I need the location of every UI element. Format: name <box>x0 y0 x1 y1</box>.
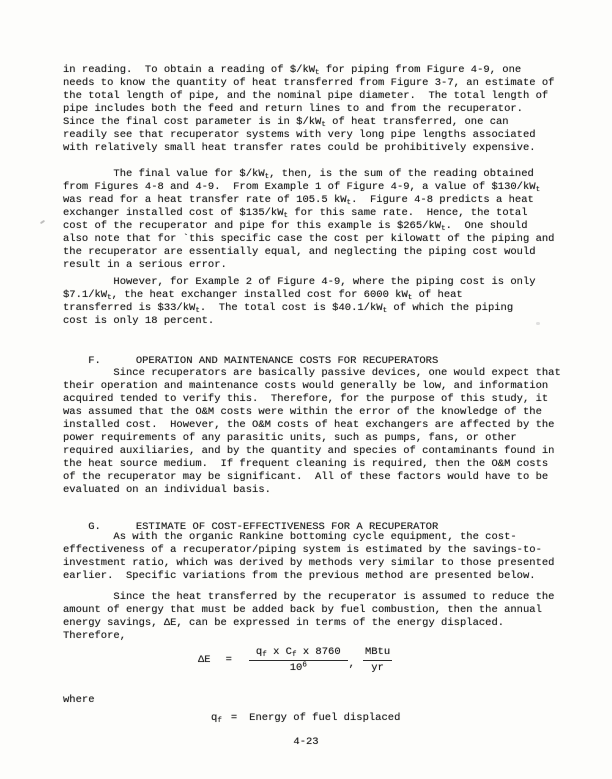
energy-savings-equation: ΔE = qf x Cf x 8760 106 , MBtu yr <box>198 646 392 675</box>
where-label: where <box>63 694 95 707</box>
variable-symbol: qf <box>211 712 222 725</box>
section-f-title: OPERATION AND MAINTENANCE COSTS FOR RECU… <box>136 355 438 367</box>
body-paragraph-2: The final value for $/kWt, then, is the … <box>63 168 554 272</box>
body-paragraph-5: As with the organic Rankine bottoming cy… <box>63 531 554 583</box>
units-numerator: MBtu <box>363 646 392 661</box>
variable-definition: qf = Energy of fuel displaced <box>211 712 400 725</box>
page-number: 4-23 <box>0 736 612 749</box>
units-denominator: yr <box>363 661 392 675</box>
section-f-letter: F. <box>88 355 101 367</box>
body-paragraph-4: Since recuperators are basically passive… <box>63 367 561 497</box>
variable-description: Energy of fuel displaced <box>249 712 400 725</box>
body-paragraph-6: Since the heat transferred by the recupe… <box>63 591 554 643</box>
scan-artifact <box>40 220 45 225</box>
fraction-numerator: qf x Cf x 8760 <box>249 646 348 661</box>
comma: , <box>349 658 355 671</box>
body-paragraph-3: However, for Example 2 of Figure 4-9, wh… <box>63 276 536 328</box>
scan-artifact <box>536 322 540 325</box>
fraction-denominator: 106 <box>249 661 348 675</box>
equation-fraction: qf x Cf x 8760 106 <box>249 646 348 675</box>
body-paragraph-1: in reading. To obtain a reading of $/kWt… <box>63 64 554 155</box>
equals-sign: = <box>226 654 232 667</box>
delta-e-symbol: ΔE <box>198 654 211 667</box>
units-fraction: MBtu yr <box>363 646 392 675</box>
equals-sign: = <box>231 712 237 725</box>
document-page: in reading. To obtain a reading of $/kWt… <box>0 0 612 779</box>
